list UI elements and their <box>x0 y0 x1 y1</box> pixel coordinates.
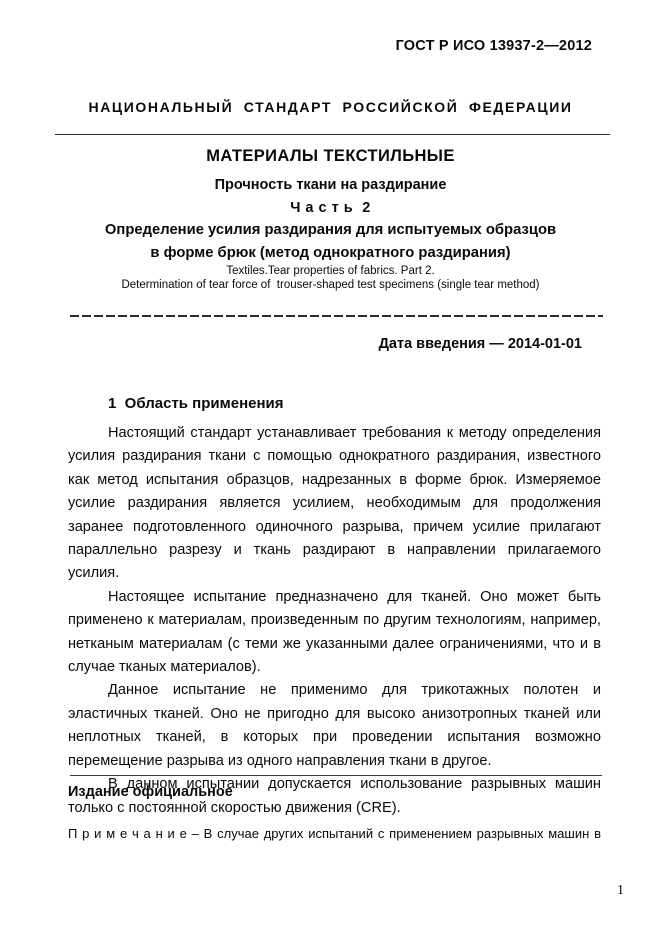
paragraph: Данное испытание не применимо для трикот… <box>68 679 601 773</box>
title-english-line2: Determination of tear force of trouser-s… <box>0 279 661 291</box>
official-edition-label: Издание официальное <box>68 784 233 800</box>
paragraph: Настоящее испытание предназначено для тк… <box>68 586 601 680</box>
effective-date: Дата введения — 2014-01-01 <box>379 336 582 352</box>
national-standard-heading: НАЦИОНАЛЬНЫЙ СТАНДАРТ РОССИЙСКОЙ ФЕДЕРАЦ… <box>0 99 661 115</box>
section-heading: 1 Область применения <box>108 395 601 412</box>
page-number: 1 <box>617 883 624 899</box>
title-subject-line1: Определение усилия раздирания для испыту… <box>0 222 661 238</box>
document-page: ГОСТ Р ИСО 13937-2—2012 НАЦИОНАЛЬНЫЙ СТА… <box>0 0 661 936</box>
title-subtitle: Прочность ткани на раздирание <box>0 177 661 193</box>
title-part-number: Ч а с т ь 2 <box>0 200 661 216</box>
footnote-rule <box>70 775 602 776</box>
title-main: МАТЕРИАЛЫ ТЕКСТИЛЬНЫЕ <box>0 147 661 166</box>
paragraph: Настоящий стандарт устанавливает требова… <box>68 422 601 586</box>
footnote-text: П р и м е ч а н и е – В случае других ис… <box>68 825 601 843</box>
horizontal-rule-dashed <box>70 315 603 317</box>
title-subject-line2: в форме брюк (метод однократного раздира… <box>0 245 661 261</box>
doc-code: ГОСТ Р ИСО 13937-2—2012 <box>396 38 592 54</box>
section-scope: 1 Область применения Настоящий стандарт … <box>68 395 601 820</box>
title-english-line1: Textiles.Tear properties of fabrics. Par… <box>0 265 661 277</box>
horizontal-rule-top <box>55 134 610 135</box>
